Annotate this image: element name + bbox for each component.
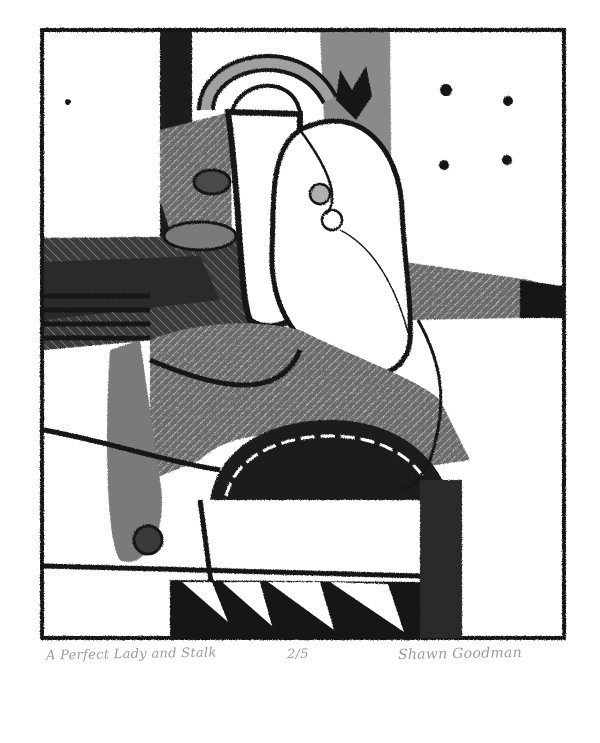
edition-number: 2/5 [287,647,309,662]
artist-signature: Shawn Goodman [398,645,522,663]
artwork-print [0,0,600,743]
print-title-inscription: A Perfect Lady and Stalk [46,646,217,664]
